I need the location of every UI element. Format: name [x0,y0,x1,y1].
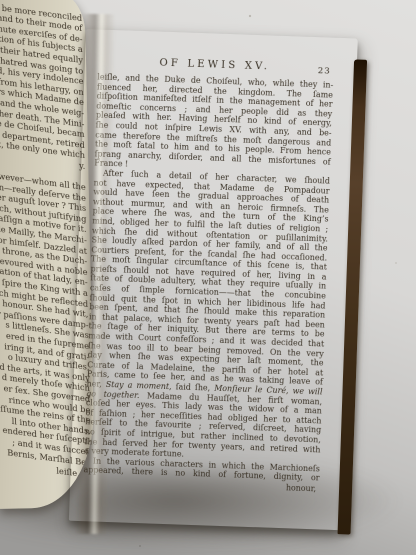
right-page-text: leiſle, and the Duke de Choiſeul, who, w… [83,72,333,494]
book-photo: ATE LIFE ot be more reconciledrs, and to… [0,0,416,555]
right-page: OF LEWIS XV. 23 leiſle, and the Duke de … [69,29,358,530]
running-title: OF LEWIS XV. [99,55,331,74]
book-fore-edge [338,59,368,534]
right-page-lines: leiſle, and the Duke de Choiſeul, who, w… [83,72,333,483]
page-number: 23 [318,66,331,76]
